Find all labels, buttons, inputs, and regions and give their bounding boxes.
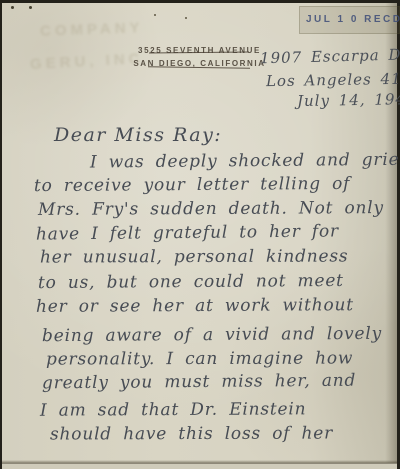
ghost-imprint-line1: COMPANY bbox=[40, 19, 144, 40]
letter-salutation: Dear Miss Ray: bbox=[54, 124, 222, 146]
letter-line: have I felt grateful to her for bbox=[36, 221, 339, 244]
letter-line: I was deeply shocked and grieved bbox=[90, 150, 400, 173]
letter-line: Mrs. Fry's sudden death. Not only bbox=[38, 198, 384, 220]
handwritten-date: July 14, 1948 bbox=[297, 90, 400, 110]
paper-bottom-edge bbox=[2, 463, 397, 469]
letter-line: her unusual, personal kindness bbox=[40, 246, 348, 267]
letter-line: greatly you must miss her, and bbox=[42, 371, 356, 394]
letterhead-city: SAN DIEGO, CALIFORNIA bbox=[122, 57, 277, 70]
letter-line: should have this loss of her bbox=[50, 424, 333, 445]
letter-paper: COMPANY GERU, INC JUL 1 0 RECD 3525 SEVE… bbox=[2, 3, 397, 469]
handwritten-street: 1907 Escarpa Drive bbox=[260, 45, 400, 68]
staple-hole bbox=[11, 6, 14, 9]
paper-speck bbox=[154, 14, 156, 16]
staple-hole bbox=[29, 6, 32, 9]
letter-line: to us, but one could not meet bbox=[38, 271, 344, 293]
letter-line: her or see her at work without bbox=[36, 295, 354, 317]
letter-line: personality. I can imagine how bbox=[46, 348, 353, 369]
letter-line: I am sad that Dr. Einstein bbox=[40, 399, 306, 420]
scanned-letter-photo: COMPANY GERU, INC JUL 1 0 RECD 3525 SEVE… bbox=[0, 0, 400, 469]
letterhead-street: 3525 SEVENTH AVENUE bbox=[122, 44, 277, 57]
paper-speck bbox=[185, 17, 187, 19]
received-date-stamp: JUL 1 0 RECD bbox=[306, 14, 400, 25]
letter-line: to receive your letter telling of bbox=[34, 174, 350, 196]
handwritten-city: Los Angeles 41 bbox=[266, 70, 400, 90]
letter-line: being aware of a vivid and lovely bbox=[42, 324, 382, 346]
